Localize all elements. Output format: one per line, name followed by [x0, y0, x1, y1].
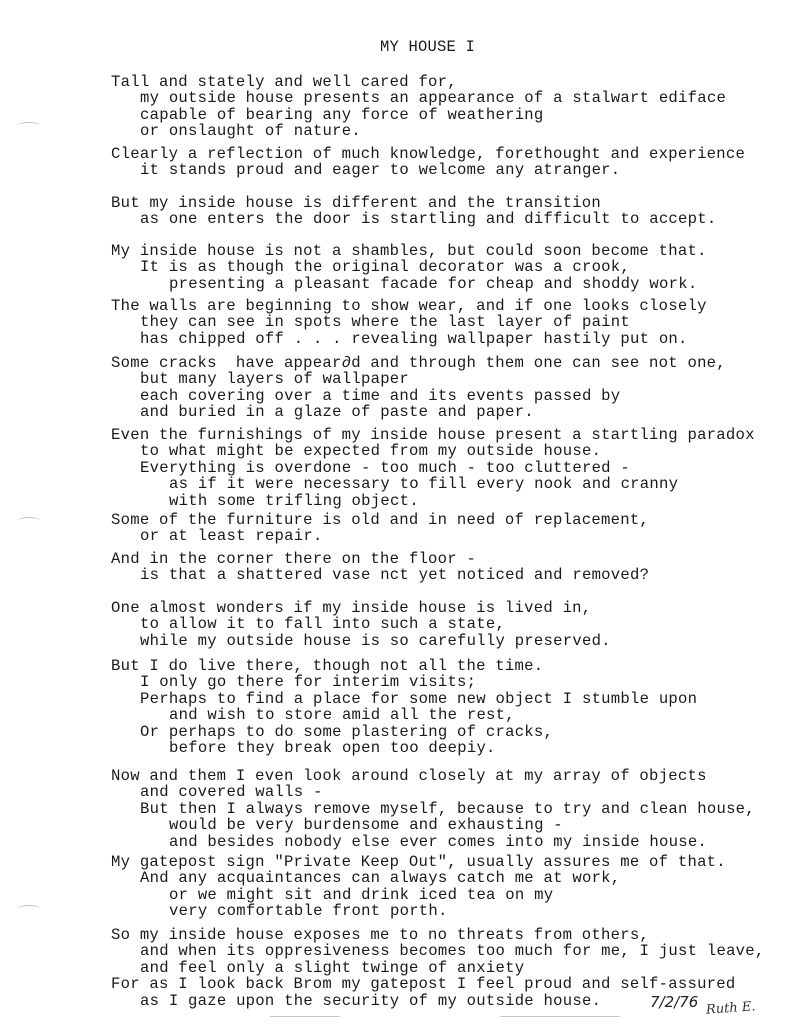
signature-handwritten: Ruth E. [706, 999, 756, 1017]
poem-line: before they break open too deepiy. [169, 740, 496, 756]
poem-line: and feel only a slight twinge of anxiety [140, 960, 524, 976]
poem-line: It is as though the original decorator w… [140, 259, 630, 275]
poem-line: Now and them I even look around closely … [111, 768, 707, 784]
poem-line: to what might be expected from my outsid… [140, 443, 601, 459]
poem-line: Some of the furniture is old and in need… [111, 512, 649, 528]
poem-title: MY HOUSE I [380, 38, 475, 56]
poem-line: as one enters the door is startling and … [140, 211, 716, 227]
poem-line: My gatepost sign "Private Keep Out", usu… [111, 854, 726, 870]
poem-line: and besides nobody else ever comes into … [169, 834, 707, 850]
poem-line: as if it were necessary to fill every no… [169, 476, 678, 492]
poem-line: My inside house is not a shambles, but c… [111, 243, 707, 259]
poem-line: as I gaze upon the security of my outsid… [140, 993, 601, 1009]
poem-line: capable of bearing any force of weatheri… [140, 107, 544, 123]
poem-line: Some cracks have appear∂d and through th… [111, 355, 726, 371]
scan-smudge [270, 1016, 340, 1017]
poem-line: while my outside house is so carefully p… [140, 633, 611, 649]
poem-line: For as I look back Brom my gatepost I fe… [111, 976, 736, 992]
poem-line: very comfortable front porth. [169, 903, 448, 919]
poem-line: or at least repair. [140, 528, 323, 544]
poem-line: But my inside house is different and the… [111, 195, 601, 211]
poem-line: Tall and stately and well cared for, [111, 74, 457, 90]
poem-line: my outside house presents an appearance … [140, 90, 726, 106]
poem-line: Or perhaps to do some plastering of crac… [140, 724, 553, 740]
poem-line: Perhaps to find a place for some new obj… [140, 691, 697, 707]
typewritten-page: MY HOUSE I Tall and stately and well car… [0, 0, 791, 1024]
poem-line: is that a shattered vase nct yet noticed… [140, 567, 649, 583]
poem-line: So my inside house exposes me to no thre… [111, 927, 649, 943]
poem-line: presenting a pleasant facade for cheap a… [169, 276, 697, 292]
poem-line: or onslaught of nature. [140, 123, 361, 139]
poem-line: but many layers of wallpaper [140, 371, 409, 387]
poem-line: Everything is overdone - too much - too … [140, 460, 630, 476]
punch-hole-mark [18, 905, 40, 912]
poem-line: And any acquaintances can always catch m… [140, 870, 620, 886]
poem-line: would be very burdensome and exhausting … [169, 817, 563, 833]
poem-line: and buried in a glaze of paste and paper… [140, 404, 534, 420]
poem-line: and wish to store amid all the rest, [169, 707, 515, 723]
poem-line: Even the furnishings of my inside house … [111, 427, 755, 443]
poem-line: it stands proud and eager to welcome any… [140, 162, 620, 178]
punch-hole-mark [18, 122, 40, 129]
poem-line: And in the corner there on the floor - [111, 551, 476, 567]
scan-smudge [500, 1016, 620, 1017]
poem-line: they can see in spots where the last lay… [140, 314, 630, 330]
poem-line: One almost wonders if my inside house is… [111, 600, 591, 616]
poem-line: has chipped off . . . revealing wallpape… [140, 331, 688, 347]
poem-line: But then I always remove myself, because… [140, 801, 755, 817]
poem-line: each covering over a time and its events… [140, 388, 620, 404]
poem-line: But I do live there, though not all the … [111, 658, 543, 674]
poem-line: I only go there for interim visits; [140, 674, 476, 690]
poem-line: and when its oppresiveness becomes too m… [140, 943, 765, 959]
punch-hole-mark [18, 517, 40, 524]
poem-line: and covered walls - [140, 784, 323, 800]
poem-line: to allow it to fall into such a state, [140, 616, 505, 632]
poem-line: or we might sit and drink iced tea on my [169, 887, 553, 903]
date-handwritten: 7/2/76 [650, 993, 698, 1011]
poem-line: with some trifling object. [169, 493, 419, 509]
poem-line: Clearly a reflection of much knowledge, … [111, 146, 745, 162]
poem-line: The walls are beginning to show wear, an… [111, 298, 707, 314]
